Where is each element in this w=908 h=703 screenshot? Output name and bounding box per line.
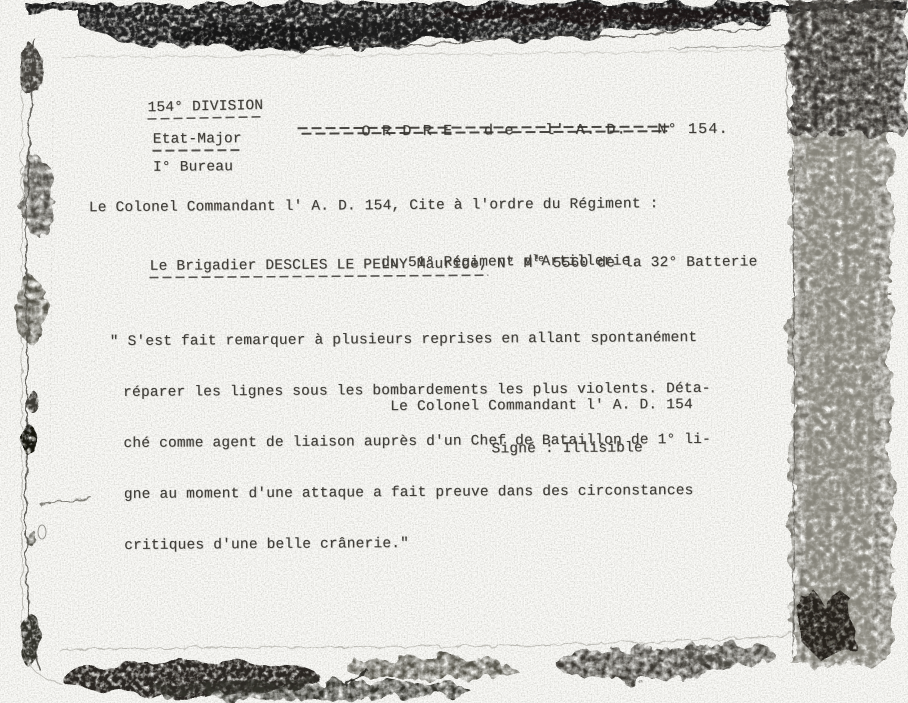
bureau-text: I° Bureau: [153, 159, 233, 176]
bureau-heading: I° Bureau: [99, 143, 233, 192]
citation-regiment-line: du 51° Régiment d'Artillerie.: [381, 253, 639, 271]
signature-title-line: Le Colonel Commandant l' A. D. 154: [390, 397, 693, 415]
document-content: 154° DIVISION Etat-Major I° Bureau O R D…: [0, 0, 908, 703]
signed-line: Signé : Illisible: [491, 440, 642, 457]
intro-line: Le Colonel Commandant l' A. D. 154, Cite…: [89, 196, 659, 216]
quote-line: critiques d'une belle crânerie.": [124, 534, 712, 555]
scanned-document-page: 154° DIVISION Etat-Major I° Bureau O R D…: [0, 0, 908, 703]
order-title: O R D R E d e l' A. D. N° 154.: [300, 104, 729, 192]
quote-line: " S'est fait remarquer à plusieurs repri…: [110, 330, 711, 351]
quote-line: gne au moment d'une attaque a fait preuv…: [124, 483, 712, 504]
